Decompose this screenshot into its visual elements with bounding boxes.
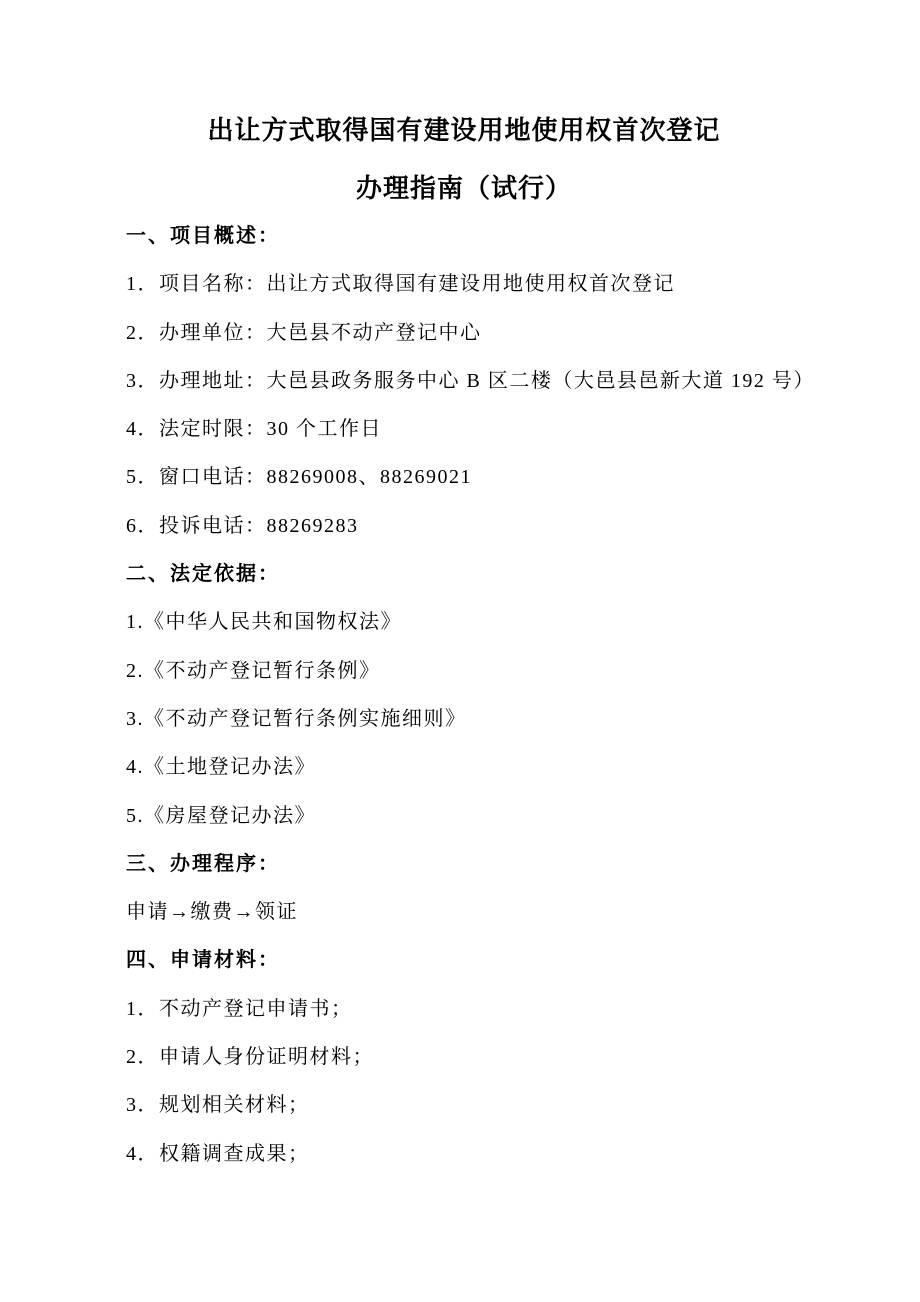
list-item: 1.《中华人民共和国物权法》 [126, 598, 802, 646]
list-item: 3．办理地址：大邑县政务服务中心 B 区二楼（大邑县邑新大道 192 号） [126, 357, 802, 405]
document-body: 一、项目概述： 1．项目名称：出让方式取得国有建设用地使用权首次登记 2．办理单… [126, 212, 802, 1178]
section-heading-procedure: 三、办理程序： [126, 840, 802, 888]
document-page: 出让方式取得国有建设用地使用权首次登记 办理指南（试行） 一、项目概述： 1．项… [0, 0, 920, 1302]
list-item: 6．投诉电话：88269283 [126, 502, 802, 550]
section-heading-legal-basis: 二、法定依据： [126, 550, 802, 598]
list-item: 2.《不动产登记暂行条例》 [126, 647, 802, 695]
document-subtitle: 办理指南（试行） [126, 168, 802, 208]
list-item: 3．规划相关材料； [126, 1081, 802, 1129]
list-item: 4．权籍调查成果； [126, 1130, 802, 1178]
list-item: 2．办理单位：大邑县不动产登记中心 [126, 309, 802, 357]
list-item: 5.《房屋登记办法》 [126, 792, 802, 840]
list-item: 5．窗口电话：88269008、88269021 [126, 453, 802, 501]
list-item: 2．申请人身份证明材料； [126, 1033, 802, 1081]
document-title: 出让方式取得国有建设用地使用权首次登记 [126, 110, 802, 150]
procedure-flow: 申请→缴费→领证 [126, 888, 802, 936]
list-item: 3.《不动产登记暂行条例实施细则》 [126, 695, 802, 743]
section-heading-materials: 四、申请材料： [126, 936, 802, 984]
list-item: 4.《土地登记办法》 [126, 743, 802, 791]
list-item: 1．不动产登记申请书； [126, 985, 802, 1033]
list-item: 1．项目名称：出让方式取得国有建设用地使用权首次登记 [126, 260, 802, 308]
section-heading-overview: 一、项目概述： [126, 212, 802, 260]
list-item: 4．法定时限：30 个工作日 [126, 405, 802, 453]
